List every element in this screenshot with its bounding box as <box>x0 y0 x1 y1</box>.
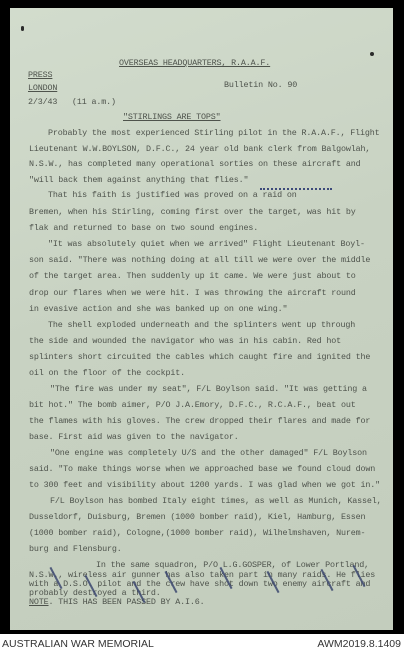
body-line: Probably the most experienced Stirling p… <box>48 129 380 138</box>
body-line: (1000 bomber raid), Cologne,(1000 bomber… <box>29 529 365 538</box>
body-line: bit hot." The bomb aimer, P/O J.A.Emory,… <box>29 401 356 410</box>
body-line: the side and wounded the navigator who w… <box>29 337 341 346</box>
crossed-out-word <box>260 184 332 190</box>
body-line: drop our flares when we were hit. I was … <box>29 289 356 298</box>
body-line: in evasive action and she was banked up … <box>29 305 287 314</box>
body-line: oil on the floor of the cockpit. <box>29 369 185 378</box>
body-line: That his faith is justified was proved o… <box>48 191 297 200</box>
body-line: to 300 feet and visibility about 1200 ya… <box>29 481 380 490</box>
body-line: "One engine was completely U/S and the o… <box>50 449 367 458</box>
body-line: flak and returned to base on two sound e… <box>29 224 258 233</box>
body-line: Bremen, when his Stirling, coming first … <box>29 208 356 217</box>
headline: "STIRLINGS ARE TOPS" <box>123 113 221 122</box>
bulletin-number: Bulletin No. 90 <box>224 81 297 90</box>
punch-hole-mark <box>370 52 374 56</box>
body-line: "It was absolutely quiet when we arrived… <box>48 240 365 249</box>
body-line: Lieutenant W.W.BOYLSON, D.F.C., 24 year … <box>29 145 370 154</box>
header-title: OVERSEAS HEADQUARTERS, R.A.A.F. <box>119 59 270 68</box>
archive-footer: AUSTRALIAN WAR MEMORIAL AWM2019.8.1409 <box>0 634 404 653</box>
approval-note: NOTE. THIS HAS BEEN PASSED BY A.I.6. <box>29 598 205 607</box>
time: (11 a.m.) <box>72 98 116 107</box>
body-line: base. First aid was given to the navigat… <box>29 433 239 442</box>
body-line: burg and Flensburg. <box>29 545 122 554</box>
body-line: the flames with his gloves. The crew dro… <box>29 417 370 426</box>
body-line: said. "To make things worse when we appr… <box>29 465 375 474</box>
body-line: splinters short circuited the cables whi… <box>29 353 370 362</box>
note-label: NOTE <box>29 597 49 607</box>
body-line: In the same squadron, P/O L.G.GOSPER, of… <box>96 561 369 570</box>
body-line: F/L Boylson has bombed Italy eight times… <box>50 497 382 506</box>
ink-mark <box>21 26 24 31</box>
location-label: LONDON <box>28 84 57 93</box>
document-page: OVERSEAS HEADQUARTERS, R.A.A.F. PRESS LO… <box>10 8 393 630</box>
note-text: . THIS HAS BEEN PASSED BY A.I.6. <box>49 597 205 607</box>
body-line: Dusseldorf, Duisburg, Bremen (1000 bombe… <box>29 513 365 522</box>
body-line: The shell exploded underneath and the sp… <box>48 321 355 330</box>
body-line: N.S.W., has completed many operational s… <box>29 160 361 169</box>
press-label: PRESS <box>28 71 52 80</box>
institution-label: AUSTRALIAN WAR MEMORIAL <box>2 638 154 650</box>
body-line: son said. "There was nothing doing at al… <box>29 256 370 265</box>
body-line: "will back them against anything that fl… <box>29 176 248 185</box>
body-line: "The fire was under my seat", F/L Boylso… <box>50 385 367 394</box>
date: 2/3/43 <box>28 98 57 107</box>
body-line: of the target area. Then suddenly up it … <box>29 272 356 281</box>
accession-number: AWM2019.8.1409 <box>317 638 401 650</box>
